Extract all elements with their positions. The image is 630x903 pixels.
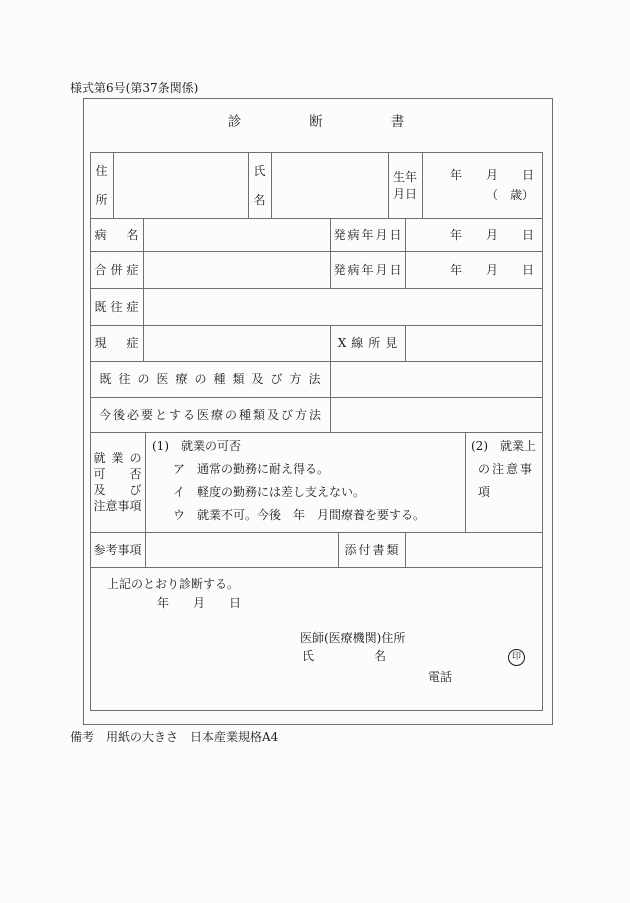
address-value-cell — [113, 152, 248, 218]
work-option-i: イ 軽度の勤務には差し支えない。 — [152, 486, 465, 498]
form-number-label: 様式第6号(第37条関係) — [70, 79, 198, 96]
phone-label: 電話 — [428, 671, 452, 683]
attachment-label: 添付書類 — [338, 532, 405, 567]
xray-findings-value-cell — [405, 325, 542, 361]
complication-value-cell — [143, 251, 330, 288]
birth-date-format: 年 月 日 — [450, 169, 534, 181]
disease-onset-label: 発病年月日 — [330, 218, 405, 251]
disease-name-label: 病 名 — [90, 218, 143, 251]
past-medical-value-cell — [330, 361, 542, 397]
doctor-address-label: 医師(医療機関)住所 — [300, 632, 405, 644]
xray-findings-label: X線所見 — [330, 325, 405, 361]
name-value-cell — [271, 152, 388, 218]
birth-age-format: （ 歳） — [486, 189, 534, 201]
work-item1-heading: (1) 就業の可否 — [152, 440, 465, 452]
seal-mark: 印 — [508, 649, 525, 666]
past-illness-value-cell — [143, 288, 542, 325]
complication-onset-date-cell: 年 月 日 — [405, 251, 542, 288]
work-capability-options-cell: (1) 就業の可否 ア 通常の勤務に耐え得る。 イ 軽度の勤務には差し支えない。… — [145, 432, 465, 532]
doctor-name-label: 氏 名 — [302, 650, 386, 662]
table-line — [90, 710, 543, 711]
work-capability-label: 就業の 可否 及び 注意事項 — [90, 432, 145, 532]
present-illness-label: 現 症 — [90, 325, 143, 361]
future-medical-label: 今後必要とする医療の種類及び方法 — [90, 397, 330, 432]
form-title: 診断書 — [90, 110, 542, 130]
birth-date-value-cell: 年 月 日 （ 歳） — [422, 152, 542, 218]
work-item2-heading: (2) 就業上 — [465, 440, 542, 452]
complication-onset-label: 発病年月日 — [330, 251, 405, 288]
present-illness-value-cell — [143, 325, 330, 361]
disease-onset-date-cell: 年 月 日 — [405, 218, 542, 251]
attachment-value-cell — [405, 532, 542, 567]
address-label: 住 所 — [90, 152, 113, 218]
certification-date-format: 年 月 日 — [157, 597, 241, 609]
work-precautions-cell: (2) 就業上 の注意事 項 — [465, 432, 542, 532]
future-medical-value-cell — [330, 397, 542, 432]
certification-statement: 上記のとおり診断する。 — [107, 578, 239, 590]
medical-certificate-page: 様式第6号(第37条関係) 診断書 住 所 氏 名 生年 月日 年 月 日 （ … — [0, 0, 630, 903]
table-line — [542, 152, 543, 710]
work-option-u: ウ 就業不可。今後 年 月間療養を要する。 — [152, 509, 465, 521]
reference-value-cell — [145, 532, 338, 567]
complication-label: 合併症 — [90, 251, 143, 288]
paper-size-note: 備考 用紙の大きさ 日本産業規格A4 — [70, 728, 278, 745]
work-option-a: ア 通常の勤務に耐え得る。 — [152, 463, 465, 475]
disease-name-value-cell — [143, 218, 330, 251]
name-label: 氏 名 — [248, 152, 271, 218]
reference-label: 参考事項 — [90, 532, 145, 567]
past-medical-label: 既往の医療の種類及び方法 — [90, 361, 330, 397]
past-illness-label: 既往症 — [90, 288, 143, 325]
birth-date-label: 生年 月日 — [388, 152, 422, 218]
